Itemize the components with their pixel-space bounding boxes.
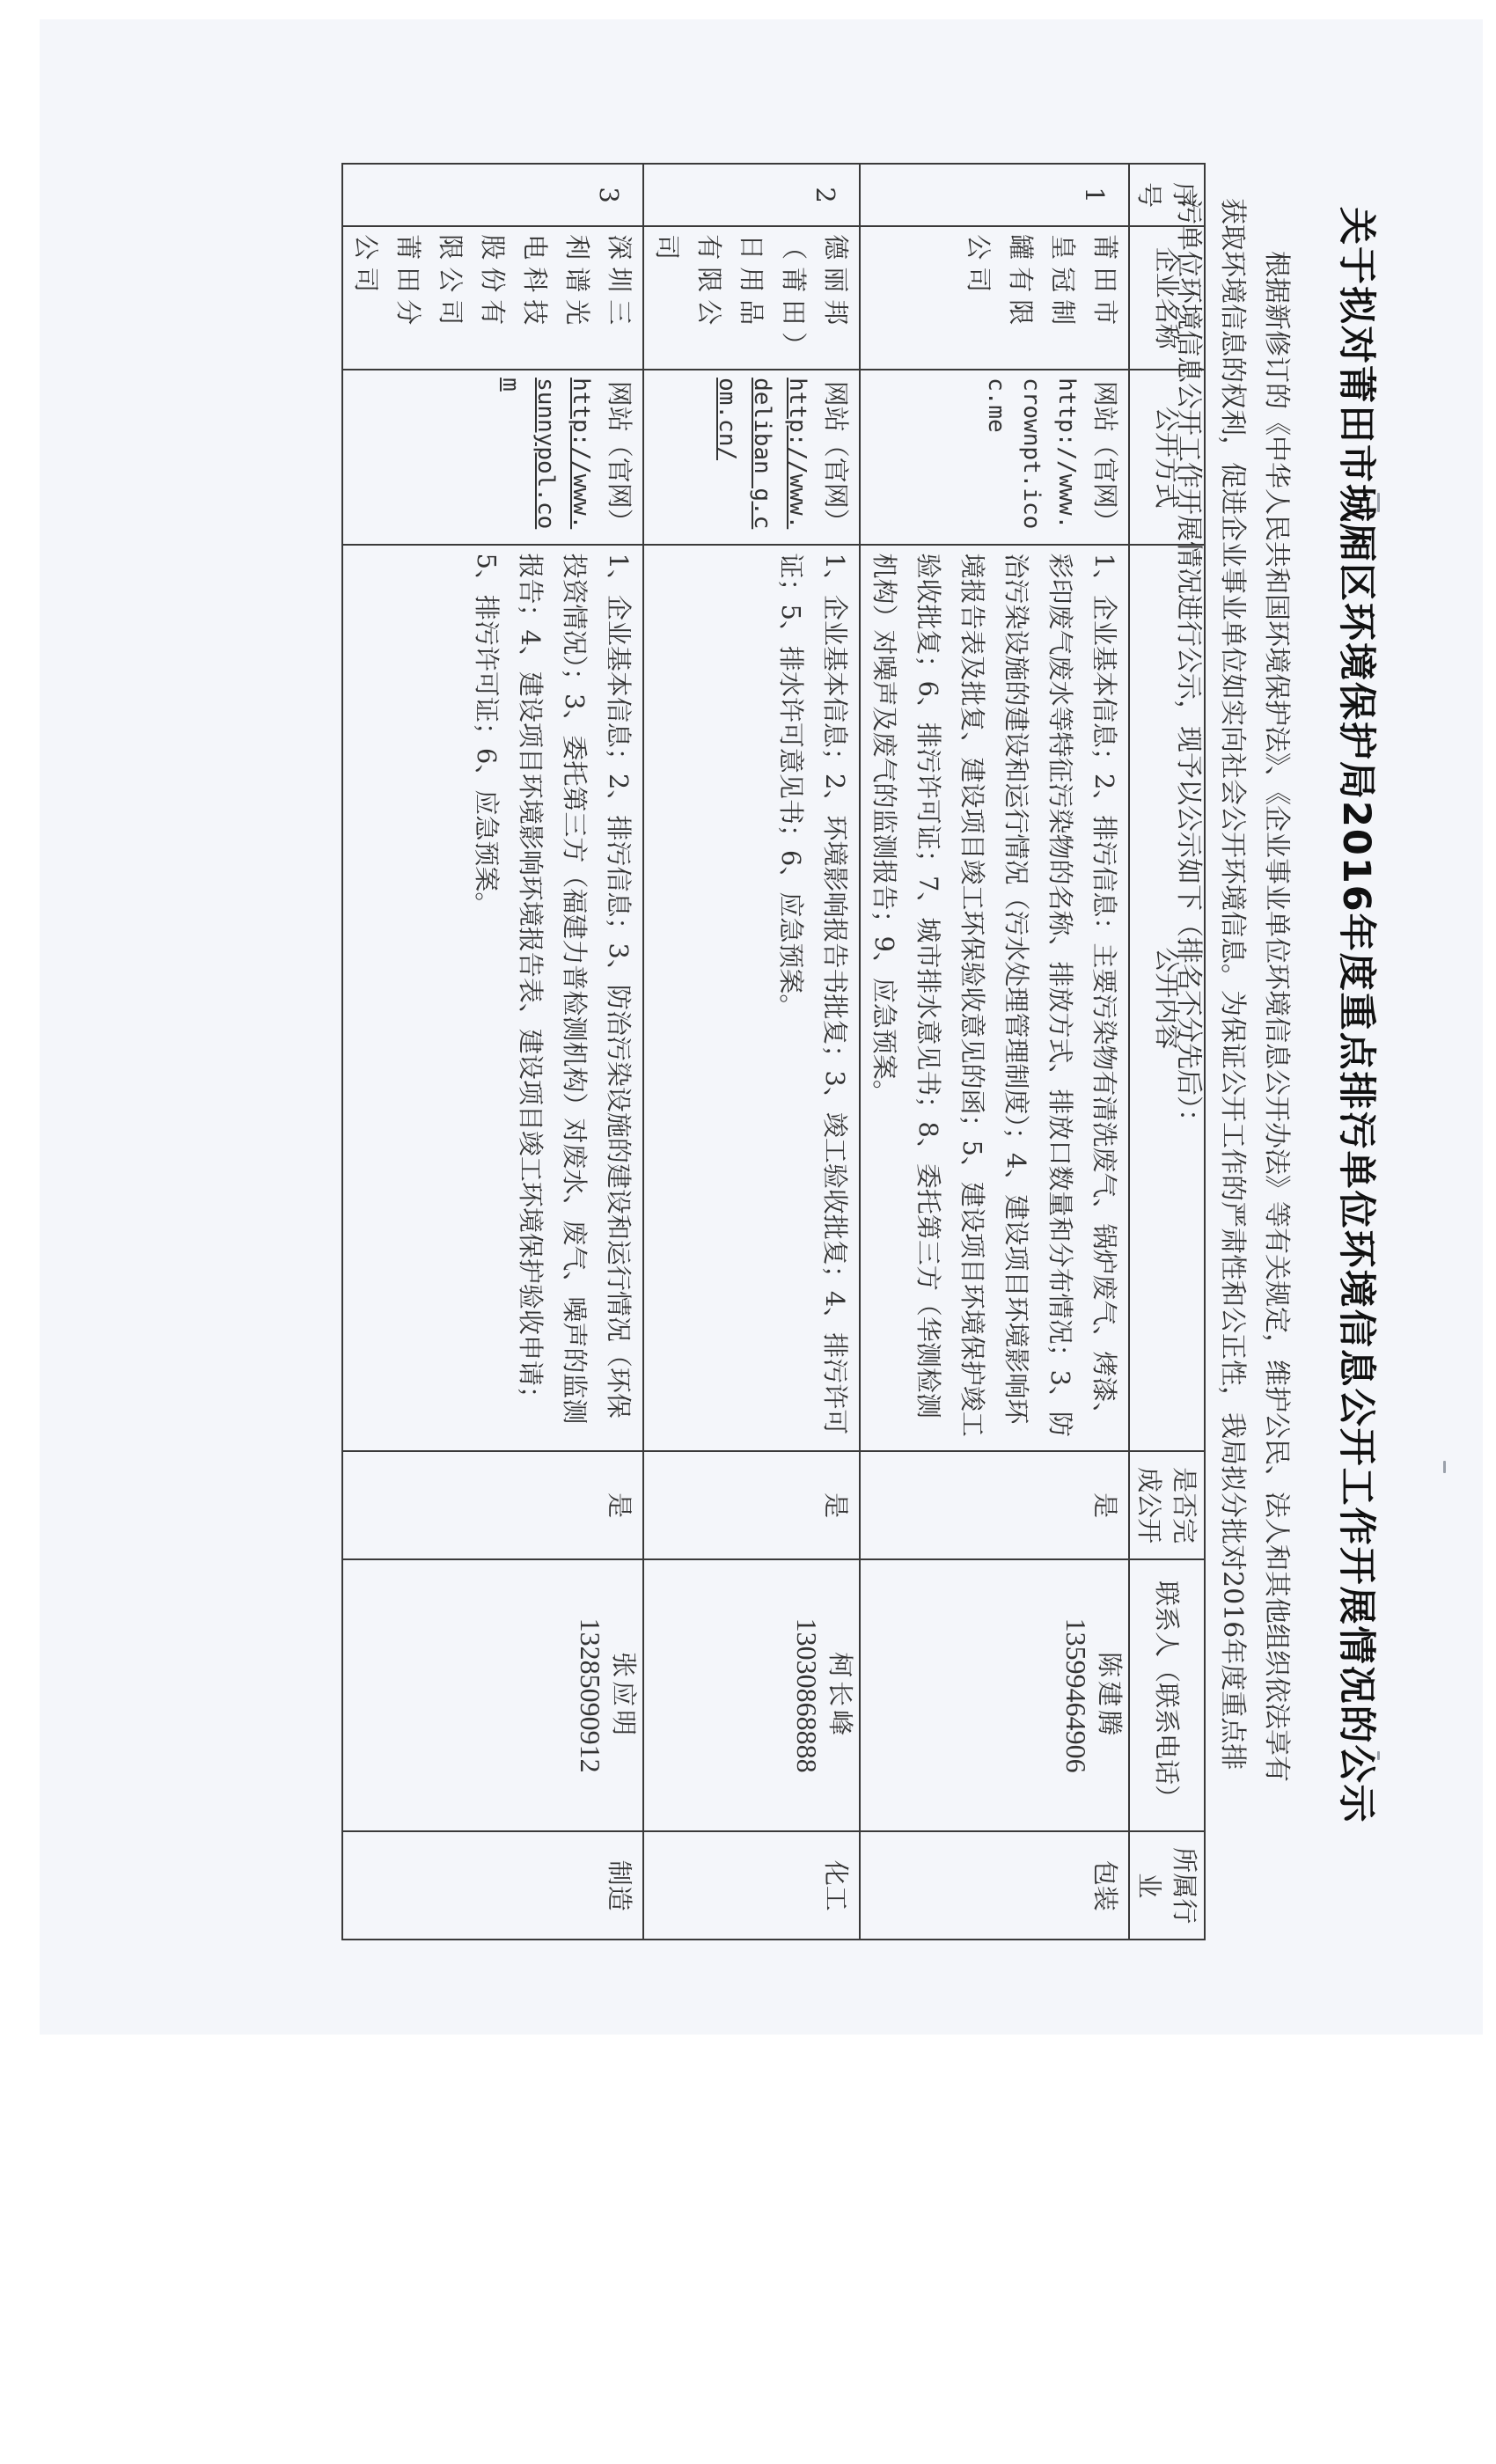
row-company: 深圳三利谱光电科技股份有限公司莆田分公司	[342, 226, 643, 370]
row-no: 3	[342, 164, 643, 226]
row-content: 1、企业基本信息；2、排污信息：主要污染物有清洗废气、锅炉废气、烤漆、彩印废气废…	[860, 545, 1129, 1451]
row-done: 是	[643, 1451, 860, 1559]
row-company: 德丽邦（莆田）日用品有限公司	[643, 226, 860, 370]
table-row: 2 德丽邦（莆田）日用品有限公司 网站（官网） http://www.delib…	[643, 164, 860, 1940]
scan-speck	[1443, 1461, 1446, 1473]
contact-name: 柯长峰	[824, 1567, 857, 1824]
row-industry: 包装	[860, 1831, 1129, 1940]
header-contact: 联系人（联系电话）	[1129, 1559, 1205, 1832]
row-company: 莆田市皇冠制罐有限公司	[860, 226, 1129, 370]
disclosure-table: 序号 企业名称 公开方式 公开内容 是否完成公开 联系人（联系电话） 所属行业 …	[341, 163, 1206, 1940]
website-link[interactable]: http://www.deliban g.com.cn/	[709, 378, 815, 537]
contact-name: 张应明	[607, 1567, 641, 1824]
header-done: 是否完成公开	[1129, 1451, 1205, 1559]
row-method: 网站（官网） http://www.crownpt.icoc.me	[860, 370, 1129, 545]
header-no: 序号	[1129, 164, 1205, 226]
contact-phone: 13285090912	[574, 1567, 607, 1824]
row-industry: 化工	[643, 1831, 860, 1940]
row-no: 1	[860, 164, 1129, 226]
table-row: 3 深圳三利谱光电科技股份有限公司莆田分公司 网站（官网） http://www…	[342, 164, 643, 1940]
row-content: 1、企业基本信息；2、环境影响报告书批复；3、竣工验收批复；4、排污许可证；5、…	[643, 545, 860, 1451]
method-label: 网站（官网）	[1084, 378, 1126, 537]
header-company: 企业名称	[1129, 226, 1205, 370]
row-method: 网站（官网） http://www.sunnypol.com	[342, 370, 643, 545]
table-header-row: 序号 企业名称 公开方式 公开内容 是否完成公开 联系人（联系电话） 所属行业	[1129, 164, 1205, 1940]
website-link[interactable]: http://www.sunnypol.com	[493, 378, 598, 537]
document-page: 关于拟对莆田市城厢区环境保护局2016年度重点排污单位环境信息公开工作开展情况的…	[312, 110, 1386, 1984]
contact-phone: 13030868888	[790, 1567, 824, 1824]
row-contact: 柯长峰 13030868888	[643, 1559, 860, 1832]
website-link[interactable]: http://www.crownpt.icoc.me	[979, 378, 1084, 537]
header-method: 公开方式	[1129, 370, 1205, 545]
contact-name: 陈建腾	[1093, 1567, 1126, 1824]
row-done: 是	[342, 1451, 643, 1559]
row-content: 1、企业基本信息；2、排污信息；3、防治污染设施的建设和运行情况（环保投资情况）…	[342, 545, 643, 1451]
row-method: 网站（官网） http://www.deliban g.com.cn/	[643, 370, 860, 545]
document-title: 关于拟对莆田市城厢区环境保护局2016年度重点排污单位环境信息公开工作开展情况的…	[1332, 207, 1386, 1879]
method-label: 网站（官网）	[815, 378, 857, 537]
table-row: 1 莆田市皇冠制罐有限公司 网站（官网） http://www.crownpt.…	[860, 164, 1129, 1940]
row-contact: 张应明 13285090912	[342, 1559, 643, 1832]
header-industry: 所属行业	[1129, 1831, 1205, 1940]
header-content: 公开内容	[1129, 545, 1205, 1451]
method-label: 网站（官网）	[598, 378, 641, 537]
contact-phone: 13599464906	[1060, 1567, 1093, 1824]
row-industry: 制造	[342, 1831, 643, 1940]
row-contact: 陈建腾 13599464906	[860, 1559, 1129, 1832]
row-done: 是	[860, 1451, 1129, 1559]
row-no: 2	[643, 164, 860, 226]
